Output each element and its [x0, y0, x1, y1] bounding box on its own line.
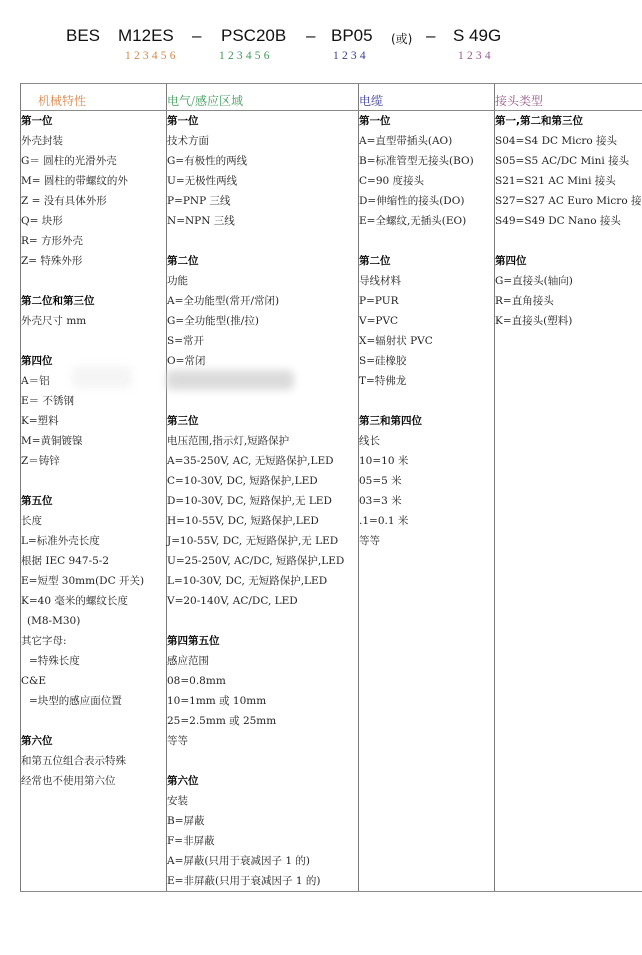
code-part-electrical: PSC20B [221, 26, 286, 46]
section-heading: 第一位 [21, 111, 144, 131]
list-item: 技术方面 [167, 131, 344, 151]
list-item: .1=0.1 米 [359, 511, 474, 531]
section-heading: 第四位 [495, 251, 642, 271]
list-item: 10=10 米 [359, 451, 474, 471]
list-item: 08=0.8mm [167, 671, 344, 691]
list-item: 等等 [359, 531, 474, 551]
list-item: R=直角接头 [495, 291, 642, 311]
digits-cable: 1234 [333, 50, 369, 62]
list-item: D=伸缩性的接头(DO) [359, 191, 474, 211]
list-item: B=标准管型无接头(BO) [359, 151, 474, 171]
list-item: 功能 [167, 271, 344, 291]
list-item: X=辐射状 PVC [359, 331, 474, 351]
list-item: 长度 [21, 511, 144, 531]
spacer [167, 371, 344, 391]
column-body-cable: 第一位 A=直型带插头(AO) B=标准管型无接头(BO) C=90 度接头 D… [359, 111, 474, 551]
code-part-mechanical: M12ES [118, 26, 174, 46]
list-item: C&E [21, 671, 144, 691]
spacer [167, 391, 344, 411]
list-item: K=40 毫米的螺纹长度 [21, 591, 144, 611]
list-item: 03=3 米 [359, 491, 474, 511]
list-item: 05=5 米 [359, 471, 474, 491]
spacer [21, 711, 144, 731]
list-item: K=直接头(塑料) [495, 311, 642, 331]
digit-positions: 123456 123456 1234 1234 [0, 50, 642, 64]
list-item: Z＝铸锌 [21, 451, 144, 471]
section-heading: 第三位 [167, 411, 344, 431]
list-item: 电压范围,指示灯,短路保护 [167, 431, 344, 451]
code-prefix: BES [66, 26, 100, 46]
column-header-mechanical: 机械特性 [21, 84, 166, 110]
column-body-connector: 第一,第二和第三位 S04=S4 DC Micro 接头 S05=S5 AC/D… [495, 111, 642, 331]
list-item: E=非屏蔽(只用于衰减因子 1 的) [167, 871, 344, 891]
list-item: J=10-55V, DC, 无短路保护,无 LED [167, 531, 344, 551]
section-heading: 第二位 [359, 251, 474, 271]
code-explanation-table: 机械特性 第一位 外壳封装 G＝ 圆柱的光滑外壳 M= 圆柱的带螺纹的外 Z =… [20, 83, 642, 892]
list-item: D=10-30V, DC, 短路保护,无 LED [167, 491, 344, 511]
list-item: 外壳尺寸 mm [21, 311, 144, 331]
spacer [359, 391, 474, 411]
list-item: S05=S5 AC/DC Mini 接头 [495, 151, 642, 171]
list-item: U=25-250V, AC/DC, 短路保护,LED [167, 551, 344, 571]
digits-electrical: 123456 [219, 50, 273, 62]
list-item: N=NPN 三线 [167, 211, 344, 231]
code-or-label: (或) [391, 30, 412, 47]
list-item: 其它字母: [21, 631, 144, 651]
list-item: P=PUR [359, 291, 474, 311]
section-heading: 第一,第二和第三位 [495, 111, 642, 131]
list-item: 10=1mm 或 10mm [167, 691, 344, 711]
spacer [21, 471, 144, 491]
section-heading: 第一位 [167, 111, 344, 131]
list-item: 导线材料 [359, 271, 474, 291]
list-item: O=常闭 [167, 351, 344, 371]
list-item: M= 圆柱的带螺纹的外 [21, 171, 144, 191]
list-item: U=无极性两线 [167, 171, 344, 191]
code-dash: – [426, 26, 435, 46]
list-item: 感应范围 [167, 651, 344, 671]
list-item: 外壳封装 [21, 131, 144, 151]
list-item: Q= 块形 [21, 211, 144, 231]
list-item: R= 方形外壳 [21, 231, 144, 251]
list-item: A＝铝 [21, 371, 144, 391]
list-item: S27=S27 AC Euro Micro 接头 [495, 191, 642, 211]
list-item: A=直型带插头(AO) [359, 131, 474, 151]
list-item: C=90 度接头 [359, 171, 474, 191]
section-heading: 第二位 [167, 251, 344, 271]
spacer [359, 231, 474, 251]
list-item: A=屏蔽(只用于衰减因子 1 的) [167, 851, 344, 871]
spacer [167, 611, 344, 631]
list-item: =块型的感应面位置 [21, 691, 144, 711]
list-item: T=特佛龙 [359, 371, 474, 391]
list-item: V=PVC [359, 311, 474, 331]
list-item: G=有极性的两线 [167, 151, 344, 171]
list-item: K=塑料 [21, 411, 144, 431]
list-item: 安装 [167, 791, 344, 811]
list-item: S49=S49 DC Nano 接头 [495, 211, 642, 231]
list-item: =特殊长度 [21, 651, 144, 671]
column-connector: 接头类型 第一,第二和第三位 S04=S4 DC Micro 接头 S05=S5… [495, 84, 642, 110]
section-heading: 第四第五位 [167, 631, 344, 651]
list-item: E=短型 30mm(DC 开关) [21, 571, 144, 591]
list-item: H=10-55V, DC, 短路保护,LED [167, 511, 344, 531]
list-item: L=标准外壳长度 [21, 531, 144, 551]
spacer [21, 271, 144, 291]
column-electrical: 电气/感应区域 第一位 技术方面 G=有极性的两线 U=无极性两线 P=PNP … [167, 84, 358, 110]
column-mechanical: 机械特性 第一位 外壳封装 G＝ 圆柱的光滑外壳 M= 圆柱的带螺纹的外 Z =… [21, 84, 166, 110]
code-part-cable: BP05 [331, 26, 373, 46]
list-item: G=直接头(轴向) [495, 271, 642, 291]
code-dash: – [192, 26, 201, 46]
code-dash: – [306, 26, 315, 46]
code-part-connector: S 49G [453, 26, 501, 46]
spacer [167, 751, 344, 771]
list-item: S=硅橡胶 [359, 351, 474, 371]
list-item: L=10-30V, DC, 无短路保护,LED [167, 571, 344, 591]
spacer [21, 331, 144, 351]
list-item: S=常开 [167, 331, 344, 351]
list-item: 和第五位组合表示特殊 [21, 751, 144, 771]
section-heading: 第三和第四位 [359, 411, 474, 431]
column-body-electrical: 第一位 技术方面 G=有极性的两线 U=无极性两线 P=PNP 三线 N=NPN… [167, 111, 344, 891]
list-item: Z= 特殊外形 [21, 251, 144, 271]
digits-connector: 1234 [458, 50, 494, 62]
spacer [167, 231, 344, 251]
section-heading: 第六位 [167, 771, 344, 791]
list-item: B=屏蔽 [167, 811, 344, 831]
list-item: S04=S4 DC Micro 接头 [495, 131, 642, 151]
list-item: P=PNP 三线 [167, 191, 344, 211]
list-item: S21=S21 AC Mini 接头 [495, 171, 642, 191]
list-item: 线长 [359, 431, 474, 451]
column-body-mechanical: 第一位 外壳封装 G＝ 圆柱的光滑外壳 M= 圆柱的带螺纹的外 Z = 没有具体… [21, 111, 144, 791]
list-item: 根据 IEC 947-5-2 [21, 551, 144, 571]
list-item: E=全螺纹,无插头(EO) [359, 211, 474, 231]
part-number-code: BES M12ES – PSC20B – BP05 (或) – S 49G [0, 26, 642, 50]
section-heading: 第一位 [359, 111, 474, 131]
section-heading: 第四位 [21, 351, 144, 371]
list-item: 25=2.5mm 或 25mm [167, 711, 344, 731]
list-item: F=非屏蔽 [167, 831, 344, 851]
section-heading: 第二位和第三位 [21, 291, 144, 311]
column-header-connector: 接头类型 [495, 84, 642, 110]
list-item: 等等 [167, 731, 344, 751]
list-item: G=全功能型(推/拉) [167, 311, 344, 331]
list-item: E＝ 不锈钢 [21, 391, 144, 411]
section-heading: 第五位 [21, 491, 144, 511]
section-heading: 第六位 [21, 731, 144, 751]
list-item: (M8-M30) [21, 611, 144, 631]
column-cable: 电缆 第一位 A=直型带插头(AO) B=标准管型无接头(BO) C=90 度接… [359, 84, 494, 110]
column-header-electrical: 电气/感应区域 [167, 84, 358, 110]
list-item: Z = 没有具体外形 [21, 191, 144, 211]
spacer [495, 231, 642, 251]
list-item: C=10-30V, DC, 短路保护,LED [167, 471, 344, 491]
list-item: A=35-250V, AC, 无短路保护,LED [167, 451, 344, 471]
list-item: M=黄铜镀镍 [21, 431, 144, 451]
list-item: 经常也不使用第六位 [21, 771, 144, 791]
column-header-cable: 电缆 [359, 84, 494, 110]
list-item: V=20-140V, AC/DC, LED [167, 591, 344, 611]
list-item: G＝ 圆柱的光滑外壳 [21, 151, 144, 171]
list-item: A=全功能型(常开/常闭) [167, 291, 344, 311]
digits-mechanical: 123456 [125, 50, 179, 62]
